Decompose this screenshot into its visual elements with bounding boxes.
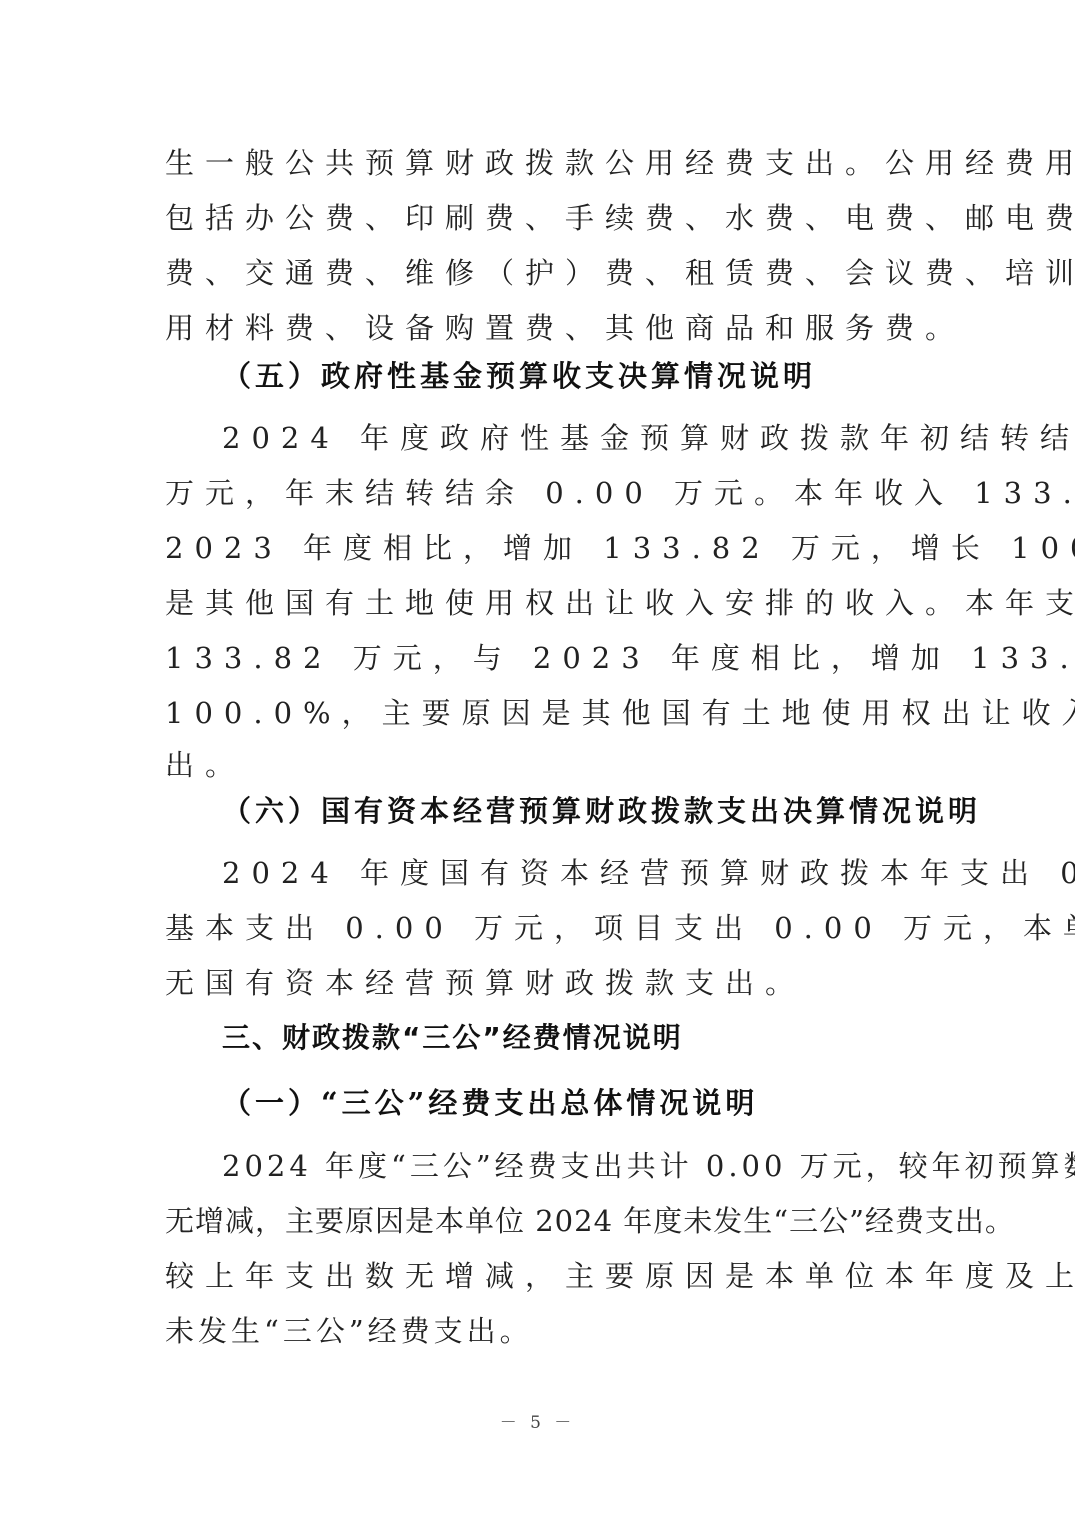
- paragraph-line: 包括办公费、印刷费、手续费、水费、电费、邮电费、差旅: [165, 198, 925, 238]
- paragraph-line: 未发生“三公”经费支出。: [165, 1311, 925, 1351]
- paragraph-line: 用材料费、设备购置费、其他商品和服务费。: [165, 308, 925, 348]
- paragraph-line: 万元，年末结转结余 0.00 万元。本年收入 133.82 万元，与: [165, 473, 925, 513]
- paragraph-line: 2024 年度国有资本经营预算财政拨本年支出 0.00 万元，: [222, 853, 922, 893]
- subsection-heading-1: （一）“三公”经费支出总体情况说明: [222, 1083, 758, 1123]
- paragraph-line: 生一般公共预算财政拨款公用经费支出。公用经费用途主要: [165, 143, 925, 183]
- paragraph-line: 基本支出 0.00 万元，项目支出 0.00 万元，本单位 2024 年度: [165, 908, 925, 948]
- paragraph-line: 出。: [165, 745, 925, 785]
- paragraph-line: 较上年支出数无增减，主要原因是本单位本年度及上年度均: [165, 1256, 925, 1296]
- section-heading-5: （五）政府性基金预算收支决算情况说明: [222, 356, 816, 396]
- paragraph-line: 100.0%，主要原因是其他国有土地使用权出让收入安排的支: [165, 693, 925, 733]
- paragraph-line: 无国有资本经营预算财政拨款支出。: [165, 963, 925, 1003]
- paragraph-line: 2023 年度相比，增加 133.82 万元，增长 100.0%，主要原因: [165, 528, 925, 568]
- paragraph-line: 无增减，主要原因是本单位 2024 年度未发生“三公”经费支出。: [165, 1201, 925, 1241]
- paragraph-line: 2024 年度政府性基金预算财政拨款年初结转结余 0.00: [222, 418, 922, 458]
- page-number: － 5 －: [0, 1408, 1075, 1433]
- paragraph-line: 是其他国有土地使用权出让收入安排的收入。本年支出: [165, 583, 925, 623]
- section-heading-3: 三、财政拨款“三公”经费情况说明: [222, 1018, 683, 1058]
- paragraph-line: 133.82 万元，与 2023 年度相比，增加 133.82 万元，增长: [165, 638, 925, 678]
- paragraph-line: 2024 年度“三公”经费支出共计 0.00 万元，较年初预算数: [222, 1146, 922, 1186]
- paragraph-line: 费、交通费、维修（护）费、租赁费、会议费、培训费、专: [165, 253, 925, 293]
- section-heading-6: （六）国有资本经营预算财政拨款支出决算情况说明: [222, 791, 981, 831]
- document-page: 生一般公共预算财政拨款公用经费支出。公用经费用途主要 包括办公费、印刷费、手续费…: [0, 0, 1075, 1520]
